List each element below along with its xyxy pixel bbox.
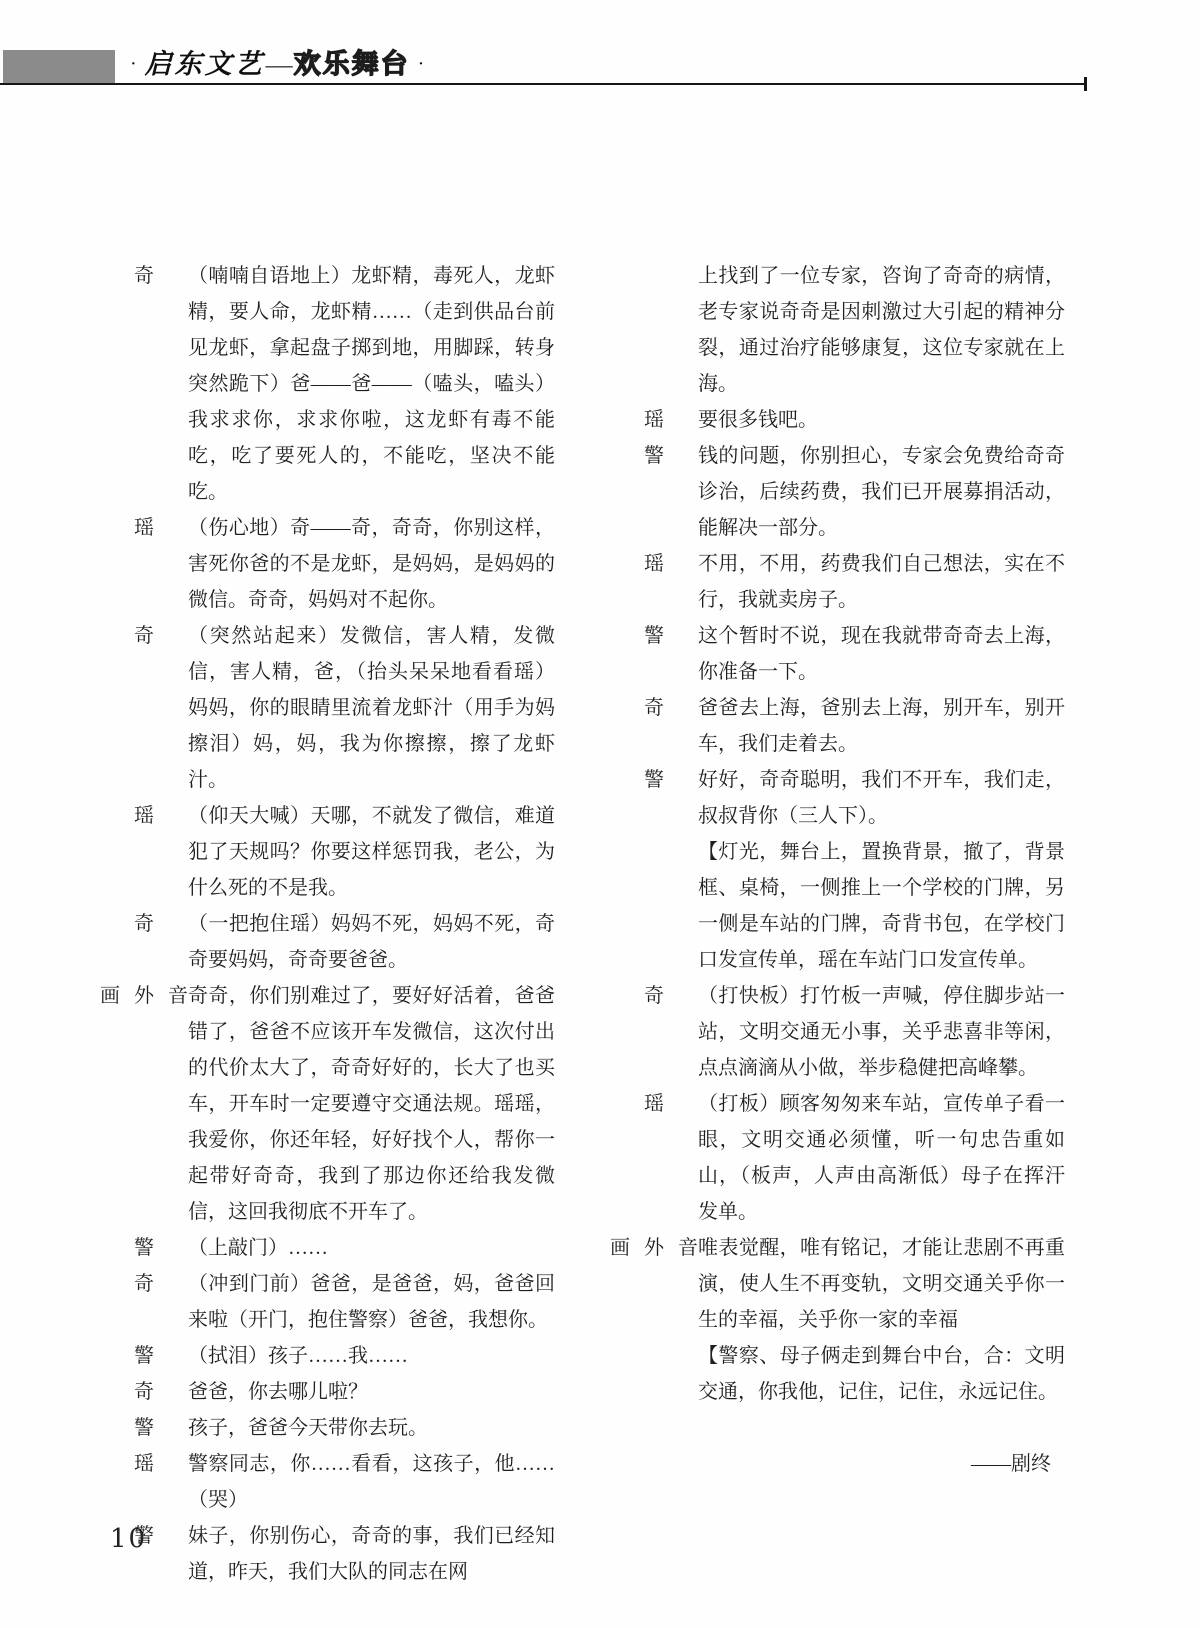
speech-text: 要很多钱吧。 xyxy=(698,402,1065,438)
script-entry: 瑶要很多钱吧。 xyxy=(610,402,1065,438)
speaker-label: 瑶 xyxy=(100,510,188,618)
speaker-label xyxy=(610,258,698,402)
speech-text: （打快板）打竹板一声喊，停住脚步站一站，文明交通无小事，关乎悲喜非等闲，点点滴滴… xyxy=(698,978,1065,1086)
header-rule xyxy=(0,83,1087,85)
script-column-right: 上找到了一位专家，咨询了奇奇的病情，老专家说奇奇是因刺激过大引起的精神分裂，通过… xyxy=(610,258,1065,1482)
title-dash: — xyxy=(266,49,293,79)
script-entry: 奇爸爸去上海，爸别去上海，别开车，别开车，我们走着去。 xyxy=(610,690,1065,762)
speech-text: （突然站起来）发微信，害人精，发微信，害人精，爸，（抬头呆呆地看看瑶）妈妈，你的… xyxy=(188,618,555,798)
play-end-marker: ——剧终 xyxy=(610,1446,1065,1482)
speaker-label: 瑶 xyxy=(100,1446,188,1518)
speech-text: （打板）顾客匆匆来车站，宣传单子看一眼，文明交通必须懂，听一句忠告重如山，（板声… xyxy=(698,1086,1065,1230)
speech-text: （伤心地）奇——奇，奇奇，你别这样，害死你爸的不是龙虾，是妈妈，是妈妈的微信。奇… xyxy=(188,510,555,618)
script-entry: 【灯光，舞台上，置换背景，撤了，背景框、桌椅，一侧推上一个学校的门牌，另一侧是车… xyxy=(610,834,1065,978)
speaker-label: 奇 xyxy=(610,690,698,762)
script-entry: 瑶不用，不用，药费我们自己想法，实在不行，我就卖房子。 xyxy=(610,546,1065,618)
script-entry: 画外音唯表觉醒，唯有铭记，才能让悲剧不再重演，使人生不再变轨，文明交通关乎你一生… xyxy=(610,1230,1065,1338)
speaker-label: 瑶 xyxy=(610,1086,698,1230)
speaker-label: 瑶 xyxy=(100,798,188,906)
speaker-label: 警 xyxy=(100,1338,188,1374)
script-column-left: 奇（喃喃自语地上）龙虾精，毒死人，龙虾精，要人命，龙虾精……（走到供品台前见龙虾… xyxy=(100,258,555,1590)
speaker-label: 奇 xyxy=(100,1266,188,1338)
speech-text: 钱的问题，你别担心，专家会免费给奇奇诊治，后续药费，我们已开展募捐活动，能解决一… xyxy=(698,438,1065,546)
script-entry: 奇（打快板）打竹板一声喊，停住脚步站一站，文明交通无小事，关乎悲喜非等闲，点点滴… xyxy=(610,978,1065,1086)
speaker-label: 奇 xyxy=(100,906,188,978)
script-entry: 上找到了一位专家，咨询了奇奇的病情，老专家说奇奇是因刺激过大引起的精神分裂，通过… xyxy=(610,258,1065,402)
speech-text: （仰天大喊）天哪，不就发了微信，难道犯了天规吗？你要这样惩罚我，老公，为什么死的… xyxy=(188,798,555,906)
script-entry: 瑶警察同志，你……看看，这孩子，他……（哭） xyxy=(100,1446,555,1518)
speaker-label: 瑶 xyxy=(610,546,698,618)
speech-text: 不用，不用，药费我们自己想法，实在不行，我就卖房子。 xyxy=(698,546,1065,618)
script-entry: 奇（一把抱住瑶）妈妈不死，妈妈不死，奇奇要妈妈，奇奇要爸爸。 xyxy=(100,906,555,978)
title-bullet-left: · xyxy=(130,53,137,75)
speaker-label: 警 xyxy=(610,438,698,546)
speaker-label: 警 xyxy=(610,762,698,834)
script-entry: 警好好，奇奇聪明，我们不开车，我们走，叔叔背你（三人下）。 xyxy=(610,762,1065,834)
speech-text: 爸爸，你去哪儿啦？ xyxy=(188,1374,555,1410)
page: ·启东文艺—欢乐舞台· 奇（喃喃自语地上）龙虾精，毒死人，龙虾精，要人命，龙虾精… xyxy=(0,0,1200,1628)
speech-text: 好好，奇奇聪明，我们不开车，我们走，叔叔背你（三人下）。 xyxy=(698,762,1065,834)
script-entry: 奇（突然站起来）发微信，害人精，发微信，害人精，爸，（抬头呆呆地看看瑶）妈妈，你… xyxy=(100,618,555,798)
script-entry: 奇（冲到门前）爸爸，是爸爸，妈，爸爸回来啦（开门，抱住警察）爸爸，我想你。 xyxy=(100,1266,555,1338)
speech-text: （冲到门前）爸爸，是爸爸，妈，爸爸回来啦（开门，抱住警察）爸爸，我想你。 xyxy=(188,1266,555,1338)
speaker-label: 奇 xyxy=(100,258,188,510)
speaker-label: 画外音 xyxy=(100,978,188,1230)
script-entry: 警妹子，你别伤心，奇奇的事，我们已经知道，昨天，我们大队的同志在网 xyxy=(100,1518,555,1590)
speech-text: （拭泪）孩子……我…… xyxy=(188,1338,555,1374)
script-entry: 奇爸爸，你去哪儿啦？ xyxy=(100,1374,555,1410)
speech-text: 【警察、母子俩走到舞台中台，合：文明交通，你我他，记住，记住，永远记住。 xyxy=(698,1338,1065,1410)
script-entry: 奇（喃喃自语地上）龙虾精，毒死人，龙虾精，要人命，龙虾精……（走到供品台前见龙虾… xyxy=(100,258,555,510)
speaker-label: 奇 xyxy=(100,618,188,798)
speaker-label: 警 xyxy=(100,1230,188,1266)
script-entry: 警孩子，爸爸今天带你去玩。 xyxy=(100,1410,555,1446)
script-entry: 警（上敲门）…… xyxy=(100,1230,555,1266)
section-name: 欢乐舞台 xyxy=(294,49,410,80)
speech-text: 奇奇，你们别难过了，要好好活着，爸爸错了，爸爸不应该开车发微信，这次付出的代价太… xyxy=(188,978,555,1230)
script-entry: 瑶（仰天大喊）天哪，不就发了微信，难道犯了天规吗？你要这样惩罚我，老公，为什么死… xyxy=(100,798,555,906)
speech-text: （上敲门）…… xyxy=(188,1230,555,1266)
magazine-name: 启东文艺 xyxy=(145,49,265,80)
speech-text: 妹子，你别伤心，奇奇的事，我们已经知道，昨天，我们大队的同志在网 xyxy=(188,1518,555,1590)
speech-text: 上找到了一位专家，咨询了奇奇的病情，老专家说奇奇是因刺激过大引起的精神分裂，通过… xyxy=(698,258,1065,402)
header-accent-bar xyxy=(3,50,115,83)
script-entry: 【警察、母子俩走到舞台中台，合：文明交通，你我他，记住，记住，永远记住。 xyxy=(610,1338,1065,1410)
speaker-label xyxy=(610,834,698,978)
speaker-label xyxy=(610,1338,698,1410)
speech-text: （喃喃自语地上）龙虾精，毒死人，龙虾精，要人命，龙虾精……（走到供品台前见龙虾，… xyxy=(188,258,555,510)
speech-text: 孩子，爸爸今天带你去玩。 xyxy=(188,1410,555,1446)
speaker-label: 瑶 xyxy=(610,402,698,438)
title-bullet-right: · xyxy=(418,53,425,75)
speaker-label: 画外音 xyxy=(610,1230,698,1338)
script-entry: 画外音奇奇，你们别难过了，要好好活着，爸爸错了，爸爸不应该开车发微信，这次付出的… xyxy=(100,978,555,1230)
speech-text: 【灯光，舞台上，置换背景，撤了，背景框、桌椅，一侧推上一个学校的门牌，另一侧是车… xyxy=(698,834,1065,978)
header-rule-tick xyxy=(1084,77,1087,91)
script-entry: 瑶（打板）顾客匆匆来车站，宣传单子看一眼，文明交通必须懂，听一句忠告重如山，（板… xyxy=(610,1086,1065,1230)
speaker-label: 警 xyxy=(100,1410,188,1446)
script-entry: 警这个暂时不说，现在我就带奇奇去上海，你准备一下。 xyxy=(610,618,1065,690)
magazine-title: ·启东文艺—欢乐舞台· xyxy=(122,46,432,82)
speech-text: （一把抱住瑶）妈妈不死，妈妈不死，奇奇要妈妈，奇奇要爸爸。 xyxy=(188,906,555,978)
speaker-label: 奇 xyxy=(610,978,698,1086)
speech-text: 唯表觉醒，唯有铭记，才能让悲剧不再重演，使人生不再变轨，文明交通关乎你一生的幸福… xyxy=(698,1230,1065,1338)
script-entry: 警（拭泪）孩子……我…… xyxy=(100,1338,555,1374)
page-number: 10 xyxy=(110,1524,147,1554)
speech-text: 警察同志，你……看看，这孩子，他……（哭） xyxy=(188,1446,555,1518)
speaker-label: 奇 xyxy=(100,1374,188,1410)
speaker-label: 警 xyxy=(610,618,698,690)
script-entry: 警钱的问题，你别担心，专家会免费给奇奇诊治，后续药费，我们已开展募捐活动，能解决… xyxy=(610,438,1065,546)
script-entry: 瑶（伤心地）奇——奇，奇奇，你别这样，害死你爸的不是龙虾，是妈妈，是妈妈的微信。… xyxy=(100,510,555,618)
speech-text: 这个暂时不说，现在我就带奇奇去上海，你准备一下。 xyxy=(698,618,1065,690)
speech-text: 爸爸去上海，爸别去上海，别开车，别开车，我们走着去。 xyxy=(698,690,1065,762)
